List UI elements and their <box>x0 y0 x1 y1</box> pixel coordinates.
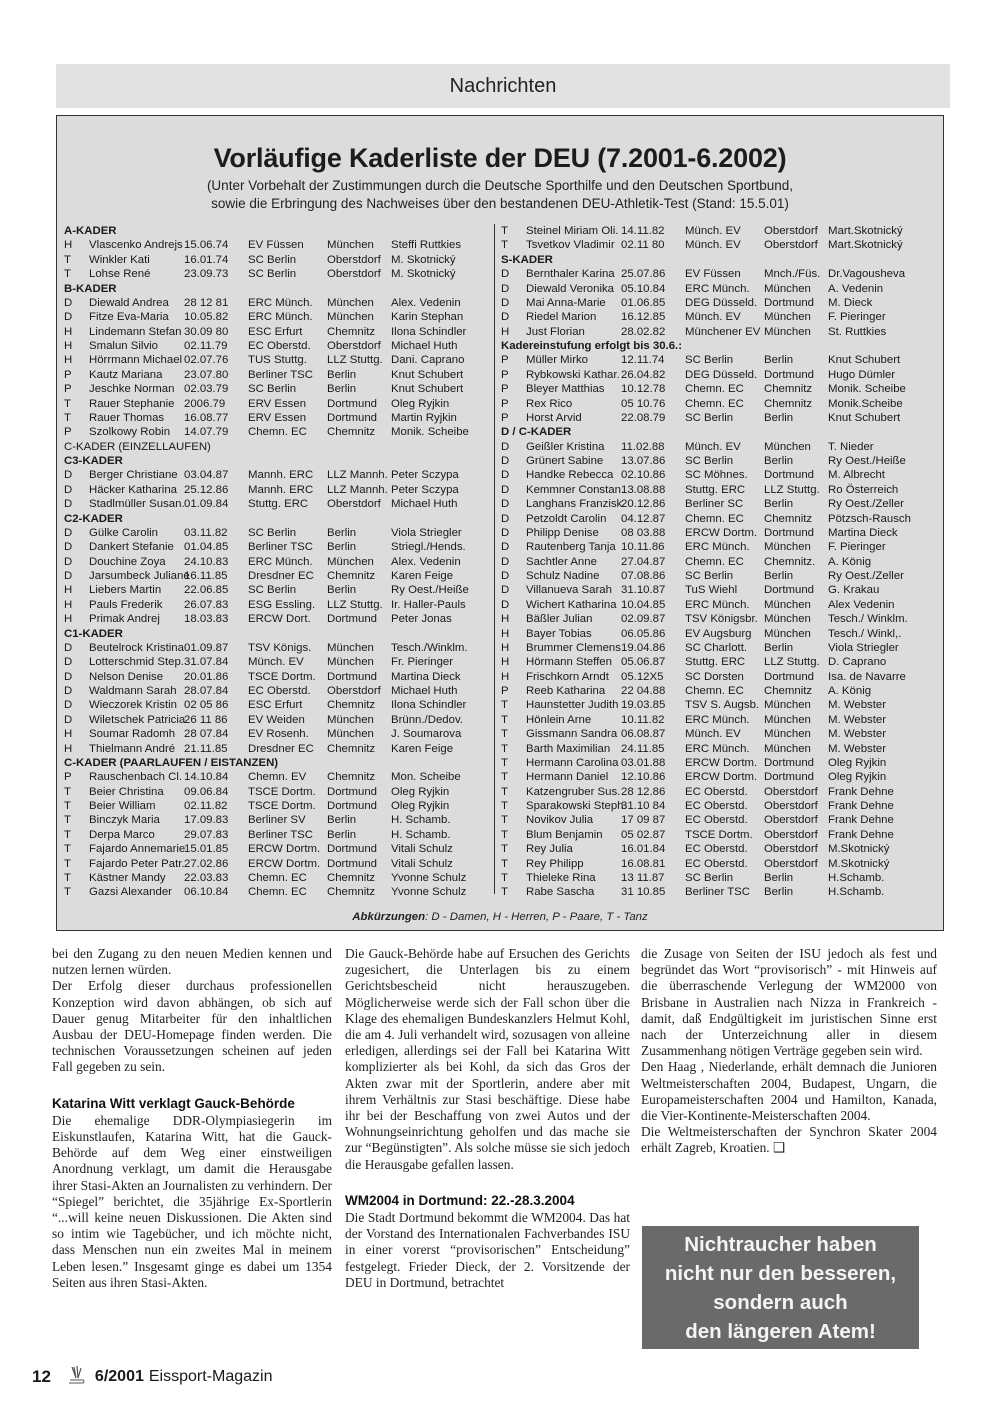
training-base: Chemnitz <box>764 397 828 411</box>
athlete-row: DVillanueva Sarah31.10.87TuS WiehlDortmu… <box>501 583 941 597</box>
athlete-row: PSzolkowy Robin14.07.79Chemn. ECChemnitz… <box>64 425 484 439</box>
discipline: D <box>64 555 89 569</box>
club: SC Berlin <box>248 526 327 540</box>
coach: Peter Sczypa <box>391 468 481 482</box>
coach: Michael Huth <box>391 497 481 511</box>
athlete-name: Winkler Kati <box>89 253 184 267</box>
club: Dresdner EC <box>248 569 327 583</box>
discipline: T <box>64 397 89 411</box>
athlete-name: Waldmann Sarah <box>89 684 184 698</box>
discipline: T <box>64 785 89 799</box>
training-base: Dortmund <box>327 785 391 799</box>
coach: M.Skotnický <box>828 842 918 856</box>
athlete-row: DDiewald Veronika05.10.84ERC Münch.Münch… <box>501 282 941 296</box>
athlete-row: PJeschke Norman02.03.79SC BerlinBerlinKn… <box>64 382 484 396</box>
club: Stuttg. ERC <box>685 483 764 497</box>
athlete-name: Novikov Julia <box>526 813 621 827</box>
athlete-row: DPhilipp Denise08 03.88ERCW Dortm.Dortmu… <box>501 526 941 540</box>
discipline: D <box>64 713 89 727</box>
athlete-row: DWiletschek Patricia26 11 86EV WeidenMün… <box>64 713 484 727</box>
training-base: Oberstdorf <box>327 684 391 698</box>
birth-date: 05.10.84 <box>621 282 685 296</box>
coach: M. Skotnický <box>391 253 481 267</box>
club: Chemn. EC <box>685 555 764 569</box>
birth-date: 10.04.85 <box>621 598 685 612</box>
coach: H. Schamb. <box>391 828 481 842</box>
athlete-name: Beutelrock Kristina <box>89 641 184 655</box>
birth-date: 02.09.87 <box>621 612 685 626</box>
coach: Karen Feige <box>391 569 481 583</box>
athlete-row: DWaldmann Sarah28.07.84EC Oberstd.Oberst… <box>64 684 484 698</box>
club: Mannh. ERC <box>248 468 327 482</box>
athlete-name: Wieczorek Kristin <box>89 698 184 712</box>
training-base: Dortmund <box>764 583 828 597</box>
coach: Monik.Scheibe <box>828 397 918 411</box>
club: Berliner TSC <box>248 368 327 382</box>
birth-date: 17.09.83 <box>184 813 248 827</box>
discipline: T <box>501 224 526 238</box>
discipline: T <box>501 842 526 856</box>
kader-subtitle-line1: (Unter Vorbehalt der Zustimmungen durch … <box>57 178 943 193</box>
athlete-row: TFajardo Annemarie15.01.85ERCW Dortm.Dor… <box>64 842 484 856</box>
training-base: Oberstdorf <box>327 339 391 353</box>
athlete-name: Frischkorn Arndt <box>526 670 621 684</box>
kader-column-left: A-KADERHVlascenko Andrejs15.06.74EV Füss… <box>64 224 484 900</box>
birth-date: 16.01.74 <box>184 253 248 267</box>
athlete-row: TBeier Christina09.06.84TSCE Dortm.Dortm… <box>64 785 484 799</box>
athlete-row: PKautz Mariana23.07.80Berliner TSCBerlin… <box>64 368 484 382</box>
club: SC Dorsten <box>685 670 764 684</box>
club: SC Berlin <box>685 871 764 885</box>
discipline: H <box>501 627 526 641</box>
birth-date: 05.12X5 <box>621 670 685 684</box>
training-base: München <box>327 238 391 252</box>
club: TSCE Dortm. <box>685 828 764 842</box>
club: EV Füssen <box>248 238 327 252</box>
club: Chemn. EC <box>248 885 327 899</box>
discipline: T <box>501 727 526 741</box>
discipline: H <box>501 641 526 655</box>
discipline: D <box>64 684 89 698</box>
athlete-row: TBarth Maximilian24.11.85ERC Münch.Münch… <box>501 742 941 756</box>
training-base: München <box>764 742 828 756</box>
birth-date: 24.10.83 <box>184 555 248 569</box>
coach: Dr.Vagousheva <box>828 267 918 281</box>
club: EC Oberstd. <box>685 785 764 799</box>
club: Münch. EV <box>685 440 764 454</box>
club: Berliner SC <box>685 497 764 511</box>
discipline: T <box>501 698 526 712</box>
club: ERC Münch. <box>685 742 764 756</box>
discipline: T <box>501 770 526 784</box>
athlete-name: Kemmner Constan. <box>526 483 621 497</box>
training-base: Dortmund <box>764 526 828 540</box>
athlete-name: Hörmann Steffen <box>526 655 621 669</box>
skate-logo-icon <box>63 1364 89 1390</box>
discipline: D <box>64 310 89 324</box>
athlete-row: PHorst Arvid22.08.79SC BerlinBerlinKnut … <box>501 411 941 425</box>
athlete-name: Müller Mirko <box>526 353 621 367</box>
discipline: D <box>501 310 526 324</box>
kader-title: Vorläufige Kaderliste der DEU (7.2001-6.… <box>57 143 943 174</box>
club: DEG Düsseld. <box>685 296 764 310</box>
discipline: T <box>64 253 89 267</box>
birth-date: 02.11.79 <box>184 339 248 353</box>
athlete-row: HHörrmann Michael02.07.76TUS Stuttg.LLZ … <box>64 353 484 367</box>
athlete-name: Dankert Stefanie <box>89 540 184 554</box>
athlete-row: DSachtler Anne27.04.87Chemn. ECChemnitz.… <box>501 555 941 569</box>
discipline: H <box>64 598 89 612</box>
athlete-name: Rabe Sascha <box>526 885 621 899</box>
training-base: Berlin <box>764 871 828 885</box>
athlete-row: DLanghans Franzisk.20.12.86Berliner SCBe… <box>501 497 941 511</box>
club: Münch. EV <box>685 727 764 741</box>
discipline: H <box>64 353 89 367</box>
discipline: P <box>64 770 89 784</box>
club: Chemn. EC <box>685 397 764 411</box>
discipline: D <box>64 296 89 310</box>
club: SC Berlin <box>248 253 327 267</box>
ad-line: nicht nur den besseren, <box>642 1259 919 1288</box>
discipline: T <box>501 756 526 770</box>
club: EC Oberstd. <box>248 684 327 698</box>
athlete-name: Fitze Eva-Maria <box>89 310 184 324</box>
birth-date: 27.02.86 <box>184 857 248 871</box>
athlete-row: DFitze Eva-Maria10.05.82ERC Münch.Münche… <box>64 310 484 324</box>
discipline: P <box>501 397 526 411</box>
birth-date: 13.08.88 <box>621 483 685 497</box>
birth-date: 11.02.88 <box>621 440 685 454</box>
kader-group-heading: C2-KADER <box>64 512 484 526</box>
athlete-row: TGissmann Sandra06.08.87Münch. EVMünchen… <box>501 727 941 741</box>
training-base: Oberstdorf <box>327 267 391 281</box>
training-base: München <box>764 713 828 727</box>
athlete-name: Berger Christiane <box>89 468 184 482</box>
discipline: P <box>64 425 89 439</box>
coach: Tesch./ Winklm. <box>828 612 918 626</box>
coach: Knut Schubert <box>391 382 481 396</box>
club: ERCW Dortm. <box>685 526 764 540</box>
athlete-name: Rex Rico <box>526 397 621 411</box>
athlete-name: Liebers Martin <box>89 583 184 597</box>
training-base: Berlin <box>327 526 391 540</box>
athlete-row: TKästner Mandy22.03.83Chemn. ECChemnitzY… <box>64 871 484 885</box>
training-base: Dortmund <box>327 397 391 411</box>
training-base: München <box>327 296 391 310</box>
athlete-row: DMai Anna-Marie01.06.85DEG Düsseld.Dortm… <box>501 296 941 310</box>
coach: Ry Oest./Zeller <box>828 497 918 511</box>
birth-date: 27.04.87 <box>621 555 685 569</box>
birth-date: 02.10.86 <box>621 468 685 482</box>
training-base: Chemnitz <box>764 382 828 396</box>
coach: Pötzsch-Rausch <box>828 512 918 526</box>
coach: Frank Dehne <box>828 828 918 842</box>
magazine-name: Eissport-Magazin <box>149 1368 273 1386</box>
birth-date: 01.04.85 <box>184 540 248 554</box>
kader-group-heading: C-KADER (PAARLAUFEN / EISTANZEN) <box>64 756 484 770</box>
athlete-name: Bleyer Matthias <box>526 382 621 396</box>
club: Münch. EV <box>248 655 327 669</box>
page-number: 12 <box>32 1367 51 1387</box>
training-base: LLZ Stuttg. <box>764 655 828 669</box>
club: SC Charlott. <box>685 641 764 655</box>
discipline: H <box>64 583 89 597</box>
birth-date: 01.09.84 <box>184 497 248 511</box>
athlete-row: TRey Philipp16.08.81EC Oberstd.Oberstdor… <box>501 857 941 871</box>
coach: A. Vedenin <box>828 282 918 296</box>
article-paragraph: Die Weltmeisterschaften der Synchron Ska… <box>641 1124 937 1156</box>
training-base: München <box>764 727 828 741</box>
discipline: T <box>64 411 89 425</box>
athlete-name: Binczyk Maria <box>89 813 184 827</box>
article-column-3: die Zusage von Seiten der ISU jedoch als… <box>641 946 937 1157</box>
birth-date: 08 03.88 <box>621 526 685 540</box>
training-base: Chemnitz <box>764 512 828 526</box>
club: TSV Königsbr. <box>685 612 764 626</box>
discipline: H <box>64 612 89 626</box>
training-base: Dortmund <box>764 296 828 310</box>
club: ERC Münch. <box>248 555 327 569</box>
athlete-name: Hörrmann Michael <box>89 353 184 367</box>
club: SC Berlin <box>248 583 327 597</box>
athlete-row: DRautenberg Tanja10.11.86ERC Münch.Münch… <box>501 540 941 554</box>
training-base: Chemnitz. <box>764 555 828 569</box>
birth-date: 31.10.87 <box>621 583 685 597</box>
discipline: T <box>501 871 526 885</box>
athlete-name: Smalun Silvio <box>89 339 184 353</box>
birth-date: 05.06.87 <box>621 655 685 669</box>
athlete-row: PRybkowski Kathar.26.04.82DEG Düsseld.Do… <box>501 368 941 382</box>
athlete-name: Bernthaler Karina <box>526 267 621 281</box>
training-base: Dortmund <box>764 468 828 482</box>
birth-date: 18.03.83 <box>184 612 248 626</box>
training-base: Oberstdorf <box>764 842 828 856</box>
birth-date: 02.03.79 <box>184 382 248 396</box>
coach: Martina Dieck <box>828 526 918 540</box>
club: ERC Münch. <box>248 296 327 310</box>
training-base: Berlin <box>764 497 828 511</box>
athlete-name: Mai Anna-Marie <box>526 296 621 310</box>
athlete-row: DGülke Carolin03.11.82SC BerlinBerlinVio… <box>64 526 484 540</box>
club: ERC Münch. <box>685 598 764 612</box>
training-base: Berlin <box>764 885 828 899</box>
coach: Michael Huth <box>391 684 481 698</box>
athlete-name: Douchine Zoya <box>89 555 184 569</box>
coach: Tesch./ Winkl,. <box>828 627 918 641</box>
discipline: T <box>64 871 89 885</box>
birth-date: 31.10 84 <box>621 799 685 813</box>
athlete-name: Handke Rebecca <box>526 468 621 482</box>
training-base: Berlin <box>327 540 391 554</box>
coach: F. Pieringer <box>828 540 918 554</box>
discipline: D <box>64 698 89 712</box>
athlete-row: DBernthaler Karina25.07.86EV FüssenMnch.… <box>501 267 941 281</box>
athlete-name: Geißler Kristina <box>526 440 621 454</box>
club: Münch. EV <box>685 238 764 252</box>
athlete-row: HBrummer Clemens19.04.86SC Charlott.Berl… <box>501 641 941 655</box>
kader-subtitle-line2: sowie die Erbringung des Nachweises über… <box>57 196 943 211</box>
athlete-row: DNelson Denise20.01.86TSCE Dortm.Dortmun… <box>64 670 484 684</box>
birth-date: 03.04.87 <box>184 468 248 482</box>
training-base: München <box>764 310 828 324</box>
kader-list-box: Vorläufige Kaderliste der DEU (7.2001-6.… <box>56 115 944 931</box>
ad-line: den längeren Atem! <box>642 1317 919 1346</box>
athlete-row: HHörmann Steffen05.06.87Stuttg. ERCLLZ S… <box>501 655 941 669</box>
article-column-1: bei den Zugang zu den neuen Medien kenne… <box>52 946 332 1291</box>
athlete-name: Thielmann André <box>89 742 184 756</box>
birth-date: 31.07.84 <box>184 655 248 669</box>
athlete-name: Riedel Marion <box>526 310 621 324</box>
club: SC Berlin <box>685 454 764 468</box>
ad-line: sondern auch <box>642 1288 919 1317</box>
club: SC Berlin <box>248 267 327 281</box>
coach: Ir. Haller-Pauls <box>391 598 481 612</box>
athlete-row: TBeier William02.11.82TSCE Dortm.Dortmun… <box>64 799 484 813</box>
club: EV Weiden <box>248 713 327 727</box>
coach: M. Skotnický <box>391 267 481 281</box>
club: Dresdner EC <box>248 742 327 756</box>
athlete-row: THaunstetter Judith19.03.85TSV S. Augsb.… <box>501 698 941 712</box>
athlete-row: TFajardo Peter Patr.27.02.86ERCW Dortm.D… <box>64 857 484 871</box>
athlete-row: DBeutelrock Kristina01.09.87TSV Königs.M… <box>64 641 484 655</box>
athlete-name: Barth Maximilian <box>526 742 621 756</box>
coach: Alex Vedenin <box>828 598 918 612</box>
discipline: H <box>501 612 526 626</box>
training-base: München <box>327 641 391 655</box>
training-base: München <box>327 655 391 669</box>
club: Chemn. EC <box>685 684 764 698</box>
discipline: T <box>64 799 89 813</box>
training-base: Dortmund <box>327 857 391 871</box>
birth-date: 16.01.84 <box>621 842 685 856</box>
coach: Striegl./Hends. <box>391 540 481 554</box>
coach: Oleg Ryjkin <box>391 785 481 799</box>
training-base: Berlin <box>764 641 828 655</box>
training-base: Dortmund <box>327 612 391 626</box>
birth-date: 23.09.73 <box>184 267 248 281</box>
birth-date: 26 11 86 <box>184 713 248 727</box>
club: Stuttg. ERC <box>685 655 764 669</box>
athlete-name: Rey Julia <box>526 842 621 856</box>
athlete-name: Lotterschmid Step. <box>89 655 184 669</box>
athlete-row: TNovikov Julia17 09 87EC Oberstd.Oberstd… <box>501 813 941 827</box>
discipline: T <box>501 742 526 756</box>
athlete-name: Diewald Andrea <box>89 296 184 310</box>
club: Münchener EV <box>685 325 764 339</box>
club: Stuttg. ERC <box>248 497 327 511</box>
athlete-name: Reeb Katharina <box>526 684 621 698</box>
birth-date: 26.07.83 <box>184 598 248 612</box>
athlete-name: Rauer Thomas <box>89 411 184 425</box>
coach: Mon. Scheibe <box>391 770 481 784</box>
athlete-name: Wiletschek Patricia <box>89 713 184 727</box>
training-base: Oberstdorf <box>327 253 391 267</box>
abbreviations-text: : D - Damen, H - Herren, P - Paare, T - … <box>425 911 648 923</box>
club: SC Berlin <box>248 382 327 396</box>
training-base: LLZ Stuttg. <box>764 483 828 497</box>
discipline: H <box>501 655 526 669</box>
training-base: München <box>327 727 391 741</box>
training-base: Chemnitz <box>327 742 391 756</box>
birth-date: 12.11.74 <box>621 353 685 367</box>
discipline: P <box>501 353 526 367</box>
coach: Frank Dehne <box>828 813 918 827</box>
ad-line: Nichtraucher haben <box>642 1230 919 1259</box>
athlete-name: Stadlmüller Susan. <box>89 497 184 511</box>
athlete-name: Sparakowski Steph. <box>526 799 621 813</box>
training-base: Berlin <box>327 813 391 827</box>
athlete-row: PRex Rico05 10.76Chemn. ECChemnitzMonik.… <box>501 397 941 411</box>
birth-date: 02.07.76 <box>184 353 248 367</box>
coach: Dani. Caprano <box>391 353 481 367</box>
athlete-name: Kautz Mariana <box>89 368 184 382</box>
discipline: H <box>501 325 526 339</box>
discipline: T <box>501 713 526 727</box>
athlete-name: Katzengruber Sus. <box>526 785 621 799</box>
birth-date: 16.08.81 <box>621 857 685 871</box>
kader-group-heading: Kadereinstufung erfolgt bis 30.6.: <box>501 339 941 353</box>
discipline: D <box>64 540 89 554</box>
athlete-row: HFrischkorn Arndt05.12X5SC DorstenDortmu… <box>501 670 941 684</box>
club: Berliner SV <box>248 813 327 827</box>
discipline: D <box>501 483 526 497</box>
athlete-name: Tsvetkov Vladimir <box>526 238 621 252</box>
training-base: Chemnitz <box>327 885 391 899</box>
discipline: D <box>501 282 526 296</box>
birth-date: 13 11.87 <box>621 871 685 885</box>
discipline: T <box>64 828 89 842</box>
discipline: D <box>64 641 89 655</box>
coach: Isa. de Navarre <box>828 670 918 684</box>
athlete-name: Primak Andrej <box>89 612 184 626</box>
coach: Karen Feige <box>391 742 481 756</box>
kader-group-heading: C1-KADER <box>64 627 484 641</box>
birth-date: 16.11.85 <box>184 569 248 583</box>
athlete-name: Brummer Clemens <box>526 641 621 655</box>
club: TSV Königs. <box>248 641 327 655</box>
athlete-row: TTsvetkov Vladimir02.11 80Münch. EVObers… <box>501 238 941 252</box>
athlete-row: DPetzoldt Carolin04.12.87Chemn. ECChemni… <box>501 512 941 526</box>
birth-date: 28.07.84 <box>184 684 248 698</box>
birth-date: 28 12.86 <box>621 785 685 799</box>
coach: Ry Oest./Zeller <box>828 569 918 583</box>
athlete-name: Pauls Frederik <box>89 598 184 612</box>
coach: T. Nieder <box>828 440 918 454</box>
training-base: Berlin <box>764 454 828 468</box>
discipline: D <box>501 598 526 612</box>
discipline: D <box>64 497 89 511</box>
athlete-row: TSparakowski Steph.31.10 84EC Oberstd.Ob… <box>501 799 941 813</box>
athlete-row: HJust Florian28.02.82Münchener EVMünchen… <box>501 325 941 339</box>
athlete-row: DLotterschmid Step.31.07.84Münch. EVMünc… <box>64 655 484 669</box>
athlete-name: Rauer Stephanie <box>89 397 184 411</box>
athlete-row: DRiedel Marion16.12.85Münch. EVMünchenF.… <box>501 310 941 324</box>
discipline: T <box>501 799 526 813</box>
discipline: T <box>501 785 526 799</box>
page-footer: 12 6/2001 Eissport-Magazin <box>32 1364 272 1390</box>
birth-date: 01.06.85 <box>621 296 685 310</box>
athlete-name: Gülke Carolin <box>89 526 184 540</box>
training-base: Oberstdorf <box>764 785 828 799</box>
coach: Frank Dehne <box>828 785 918 799</box>
kader-group-heading: C3-KADER <box>64 454 484 468</box>
discipline: D <box>64 483 89 497</box>
kader-group-heading: B-KADER <box>64 282 484 296</box>
club: EC Oberstd. <box>248 339 327 353</box>
section-header: Nachrichten <box>56 64 950 108</box>
club: ERV Essen <box>248 397 327 411</box>
athlete-name: Diewald Veronika <box>526 282 621 296</box>
